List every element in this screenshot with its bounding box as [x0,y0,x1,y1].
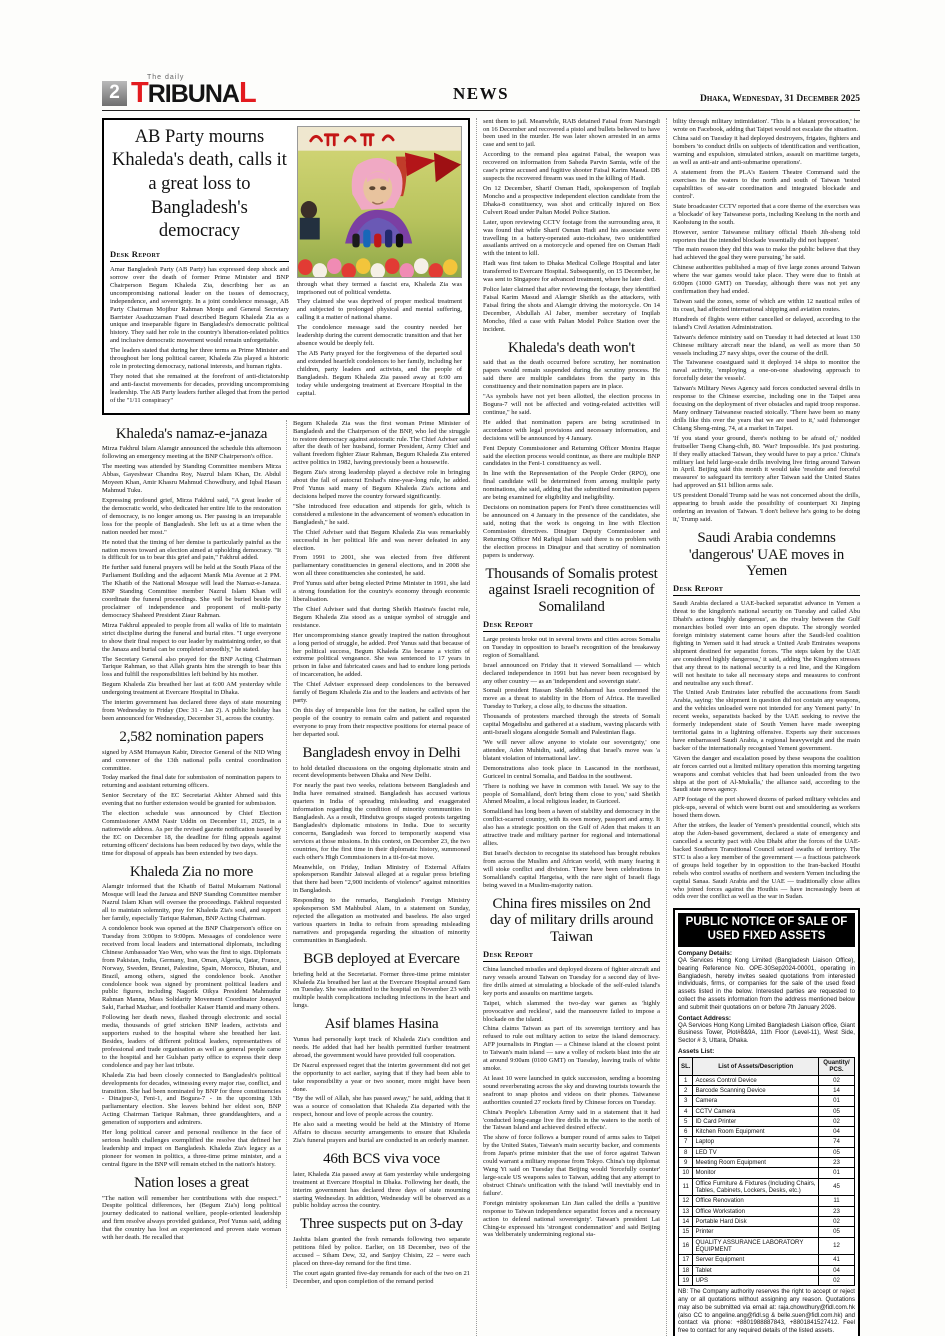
article-paragraph: Yunus had personally kept track of Khale… [293,1036,470,1060]
article-paragraph: US president Donald Trump said he was no… [673,492,860,524]
article-byline: Desk Report [673,583,860,596]
article-paragraph: Begum Zia's strong leadership played a d… [293,469,470,501]
article-byline: Desk Report [483,619,660,632]
asset-row: 2Barcode Scanning Device14 [679,1085,855,1095]
page-body: AB Party mourns Khaleda's death, calls i… [102,118,860,1336]
ad-company-text: QA Services Hong Kong Limited (Banglades… [678,957,855,1012]
article-paragraph: He further said funeral prayers will be … [102,564,281,619]
article-paragraph: bility through military intimidation'. '… [673,118,860,134]
ad-company-label: Company Details: [678,950,855,957]
article-headline: Thousands of Somalis protest against Isr… [483,566,660,616]
article-paragraph: According to the remand plea against Fai… [483,151,660,183]
article-paragraph: sent them to jail. Meanwhile, RAB detain… [483,118,660,150]
lead-article: AB Party mourns Khaleda's death, calls i… [102,118,470,415]
ad-nb-note: NB: The Company authority reserves the r… [678,1288,855,1335]
article-paragraph: signed by ASM Humayun Kabir, Director Ge… [102,749,281,773]
article-paragraph: 'If you stand your ground, there's nothi… [673,435,860,490]
lead-article-right-column: through what they termed a fascist era, … [297,126,462,407]
asset-row: 6Kitchen Room Equipment04 [679,1127,855,1137]
asset-row: 19UPS02 [679,1275,855,1285]
article-headline: 46th BCS viva voce [293,1151,470,1168]
ad-title: PUBLIC NOTICE OF SALE OF USED FIXED ASSE… [678,913,855,947]
article-paragraph: The Chief Adviser expressed deep condole… [293,681,470,705]
article-paragraph: Somaliland has long been a haven of stab… [483,808,660,848]
logo-letters-middle: RIBUNA [148,80,239,108]
article-paragraph: 'Given the danger and escalation posed b… [673,755,860,795]
article-paragraph: to hold detailed discussions on the ongo… [293,765,470,781]
asset-row: 8LED TV05 [679,1147,855,1157]
article-paragraph: But Israel's decision to recognise its s… [483,850,660,890]
article-paragraph: Saudi Arabia declared a UAE-backed separ… [673,600,860,687]
public-notice-ad: PUBLIC NOTICE OF SALE OF USED FIXED ASSE… [673,908,860,1336]
asset-row: 15Printer05 [679,1227,855,1237]
lead-text-right: through what they termed a fascist era, … [297,281,462,398]
column-4-articles: bility through military intimidation'. '… [673,118,860,902]
article-paragraph: 'We will never allow anyone to violate o… [483,739,660,763]
newspaper-logo: The daily TRIBUNAL [131,74,256,106]
khaleda-press-conference-photo [297,126,462,278]
article-paragraph: Somali president Hassan Sheikh Mohamud h… [483,687,660,711]
article-paragraph: They noted that she remained at the fore… [110,373,289,405]
article-paragraph: China launched missiles and deployed doz… [483,966,660,998]
article-paragraph: Taiwan's Military News Agency said force… [673,385,860,433]
article-paragraph: He added that nomination papers are bein… [483,419,660,443]
article-paragraph: Taipei, which slammed the two-day war ga… [483,1000,660,1024]
article-paragraph: The condolence message said the country … [297,324,462,348]
article-paragraph: Decisions on nomination papers for Feni'… [483,504,660,559]
article-headline: Khaleda Zia no more [102,864,281,881]
article-paragraph: briefing held at the Secretariat. Former… [293,971,470,1011]
assets-header-sl: SL. [679,1057,693,1075]
article-paragraph: For nearly the past two weeks, relations… [293,782,470,861]
article-paragraph: Today marked the final date for submissi… [102,774,281,790]
asset-row: 12Office Renovation11 [679,1196,855,1206]
article-paragraph: The Taiwanese coastguard said it deploye… [673,359,860,383]
logo-letter-last: L [239,77,256,109]
article-paragraph: 'There is nothing we have in common with… [483,783,660,807]
column-2: Begum Khaleda Zia was the first woman Pr… [286,420,470,1288]
column-1: Khaleda's namaz-e-janazaMirza Fakhrul Is… [102,420,286,1288]
page-number: 2 [102,81,127,106]
article-headline: Khaleda's namaz-e-janaza [102,426,281,443]
article-paragraph: The election schedule was announced by C… [102,810,281,858]
article-paragraph: "The nation will remember her contributi… [102,1195,281,1243]
article-byline: Desk Report [483,949,660,962]
asset-row: 16QUALITY ASSURANCE LABORATORY EQUIPMENT… [679,1237,855,1255]
article-paragraph: Khaleda Zia had been closely connected t… [102,1072,281,1127]
article-headline: Khaleda's death won't [483,340,660,357]
article-headline: Saudi Arabia condemns 'dangerous' UAE mo… [673,530,860,580]
article-paragraph: "She introduced free education and stipe… [293,503,470,527]
article-paragraph: 'The main reason they did this was to ma… [673,246,860,262]
article-paragraph: The Chief Adviser said that Begum Khaled… [293,529,470,553]
left-half: AB Party mourns Khaleda's death, calls i… [102,118,476,1336]
asset-row: 5ID Card Printer02 [679,1116,855,1126]
article-paragraph: later, Khaleda Zia passed away at 6am ye… [293,1171,470,1211]
asset-row: 11Office Furniture & Fixtures (Including… [679,1178,855,1196]
article-headline: Three suspects put on 3-day [293,1216,470,1233]
asset-row: 1Access Control Device02 [679,1075,855,1085]
article-paragraph: Feni Deputy Commissioner and Returning O… [483,445,660,469]
ad-assets-label: Assets List: [678,1048,855,1055]
article-paragraph: He noted that the timing of her demise i… [102,539,281,563]
newspaper-page: 2 The daily TRIBUNAL NEWS Dhaka, Wednesd… [0,0,945,1336]
article-paragraph: AFP footage of the port showed dozens of… [673,796,860,820]
article-headline: Asif blames Hasina [293,1016,470,1033]
article-paragraph: On this day of irreparable loss for the … [293,707,470,739]
assets-table: SL. List of Assets/Description Quantity/… [678,1057,855,1286]
article-paragraph: The court again granted five-day remands… [293,1270,470,1286]
left-half-columns: Khaleda's namaz-e-janazaMirza Fakhrul Is… [102,420,470,1288]
page-header: 2 The daily TRIBUNAL NEWS Dhaka, Wednesd… [102,74,860,111]
article-paragraph: At least 10 were launched in quick succe… [483,1075,660,1107]
asset-row: 14Portable Hard Disk02 [679,1216,855,1226]
article-paragraph: However, senior Taiwanese military offic… [673,229,860,245]
article-paragraph: Thousands of protesters marched through … [483,713,660,737]
article-paragraph: Later, upon reviewing CCTV footage from … [483,219,660,259]
column-3: sent them to jail. Meanwhile, RAB detain… [476,118,666,1336]
article-paragraph: Senior Secretary of the EC Secretariat A… [102,792,281,808]
article-paragraph: Israel announced on Friday that it viewe… [483,662,660,686]
article-paragraph: State broadcaster CCTV reported that a c… [673,203,860,227]
article-paragraph: Her long political career and personal r… [102,1129,281,1169]
asset-row: 10Monitor01 [679,1168,855,1178]
article-paragraph: Prof Yunus said after being elected Prim… [293,580,470,604]
article-paragraph: Jashita Islam granted the fresh remands … [293,1236,470,1268]
article-headline: Nation loses a great [102,1175,281,1192]
masthead: 2 The daily TRIBUNAL [102,74,453,106]
article-paragraph: Following her death news, flashed throug… [102,1014,281,1069]
article-paragraph: The AB Party prayed for the forgiveness … [297,350,462,398]
article-paragraph: Hundreds of flights were either cancelle… [673,316,860,332]
article-paragraph: Her uncompromising stance greatly inspir… [293,632,470,680]
article-paragraph: Begum Khaleda Zia breathed her last at 6… [102,681,281,697]
article-paragraph: On 12 December, Sharif Osman Hadi, spoke… [483,185,660,217]
article-paragraph: Expressing profound grief, Mirza Fakhrul… [102,497,281,537]
article-paragraph: Responding to the remarks, Bangladesh Fo… [293,897,470,945]
article-paragraph: In line with the Representation of the P… [483,470,660,502]
assets-table-header-row: SL. List of Assets/Description Quantity/… [679,1057,855,1075]
article-paragraph: "As symbols have not yet been allotted, … [483,393,660,417]
article-paragraph: He also said a meeting would be held at … [293,1121,470,1145]
article-paragraph: The interim government has declared thre… [102,699,281,723]
lead-byline: Desk Report [110,249,289,262]
logo-title: TRIBUNAL [131,81,256,106]
article-paragraph: After the strikes, the leader of Yemen's… [673,822,860,901]
asset-row: 17Server Equipment41 [679,1255,855,1265]
lead-article-left-column: AB Party mourns Khaleda's death, calls i… [110,126,289,407]
article-paragraph: The show of force follows a bumper round… [483,1134,660,1197]
asset-row: 4CCTV Camera05 [679,1106,855,1116]
article-paragraph: Taiwan's defence ministry said on Tuesda… [673,334,860,358]
article-paragraph: Large protests broke out in several town… [483,636,660,660]
article-paragraph: Dr Nazrul expressed regret that the inte… [293,1062,470,1094]
asset-row: 9Meeting Room Equipment23 [679,1158,855,1168]
assets-header-quantity: Quantity/ PCS. [819,1057,855,1075]
article-paragraph: Begum Khaleda Zia was the first woman Pr… [293,420,470,468]
article-paragraph: China's People's Liberation Army said in… [483,1109,660,1133]
lead-text-left: Amar Bangladesh Party (AB Party) has exp… [110,266,289,405]
article-paragraph: Hadi was first taken to Dhaka Medical Co… [483,260,660,284]
article-paragraph: Foreign ministry spokesman Lin Jian call… [483,1200,660,1240]
asset-row: 3Camera01 [679,1096,855,1106]
article-paragraph: A statement from the PLA's Eastern Theat… [673,169,860,201]
article-paragraph: Police later claimed that after reviewin… [483,286,660,334]
article-paragraph: The United Arab Emirates later rebuffed … [673,689,860,752]
logo-letter-first: T [131,77,148,109]
article-headline: Bangladesh envoy in Delhi [293,745,470,762]
dateline: Dhaka, Wednesday, 31 December 2025 [509,94,860,106]
article-paragraph: A condolence book was opened at the BNP … [102,925,281,1012]
article-paragraph: through what they termed a fascist era, … [297,281,462,297]
asset-row: 7Laptop74 [679,1137,855,1147]
article-headline: China fires missiles on 2nd day of milit… [483,896,660,946]
section-title: NEWS [453,84,509,106]
article-paragraph: The Chief Adviser said that during Sheik… [293,606,470,630]
article-paragraph: From 1991 to 2001, she was elected from … [293,554,470,578]
article-paragraph: Chinese authorities published a map of f… [673,264,860,296]
article-paragraph: China claims Taiwan as part of its sover… [483,1025,660,1073]
assets-table-body: 1Access Control Device022Barcode Scannin… [679,1075,855,1286]
article-paragraph: The Secretary General also prayed for th… [102,656,281,680]
assets-header-description: List of Assets/Description [693,1057,819,1075]
article-paragraph: They claimed she was deprived of proper … [297,298,462,322]
article-paragraph: China said on Tuesday it had deployed de… [673,135,860,167]
lead-headline: AB Party mourns Khaleda's death, calls i… [110,126,289,244]
article-paragraph: Meanwhile, on Friday, Indian Ministry of… [293,864,470,896]
ad-contact-text: QA Services Hong Kong Limited Bangladesh… [678,1022,855,1045]
article-paragraph: Amar Bangladesh Party (AB Party) has exp… [110,266,289,345]
column-4: bility through military intimidation'. '… [666,118,860,1336]
article-paragraph: Demonstrations also took place in Lascan… [483,765,660,781]
ad-contact-label: Contact Address: [678,1015,855,1022]
article-paragraph: The leaders stated that during her three… [110,347,289,371]
article-paragraph: The meeting was attended by Standing Com… [102,463,281,495]
article-headline: BGB deployed at Evercare [293,951,470,968]
article-paragraph: said that as the death occurred before s… [483,359,660,391]
article-paragraph: Mirza Fakhrul appealed to people from al… [102,622,281,654]
article-paragraph: Alamgir informed that the Khatib of Bait… [102,883,281,923]
article-paragraph: Mirza Fakhrul Islam Alamgir announced th… [102,445,281,461]
article-paragraph: "By the will of Allah, she has passed aw… [293,1095,470,1119]
article-paragraph: Taiwan said the zones, some of which are… [673,298,860,314]
asset-row: 13Office Workstation23 [679,1206,855,1216]
article-headline: 2,582 nomination papers [102,729,281,746]
asset-row: 18Tablet04 [679,1265,855,1275]
